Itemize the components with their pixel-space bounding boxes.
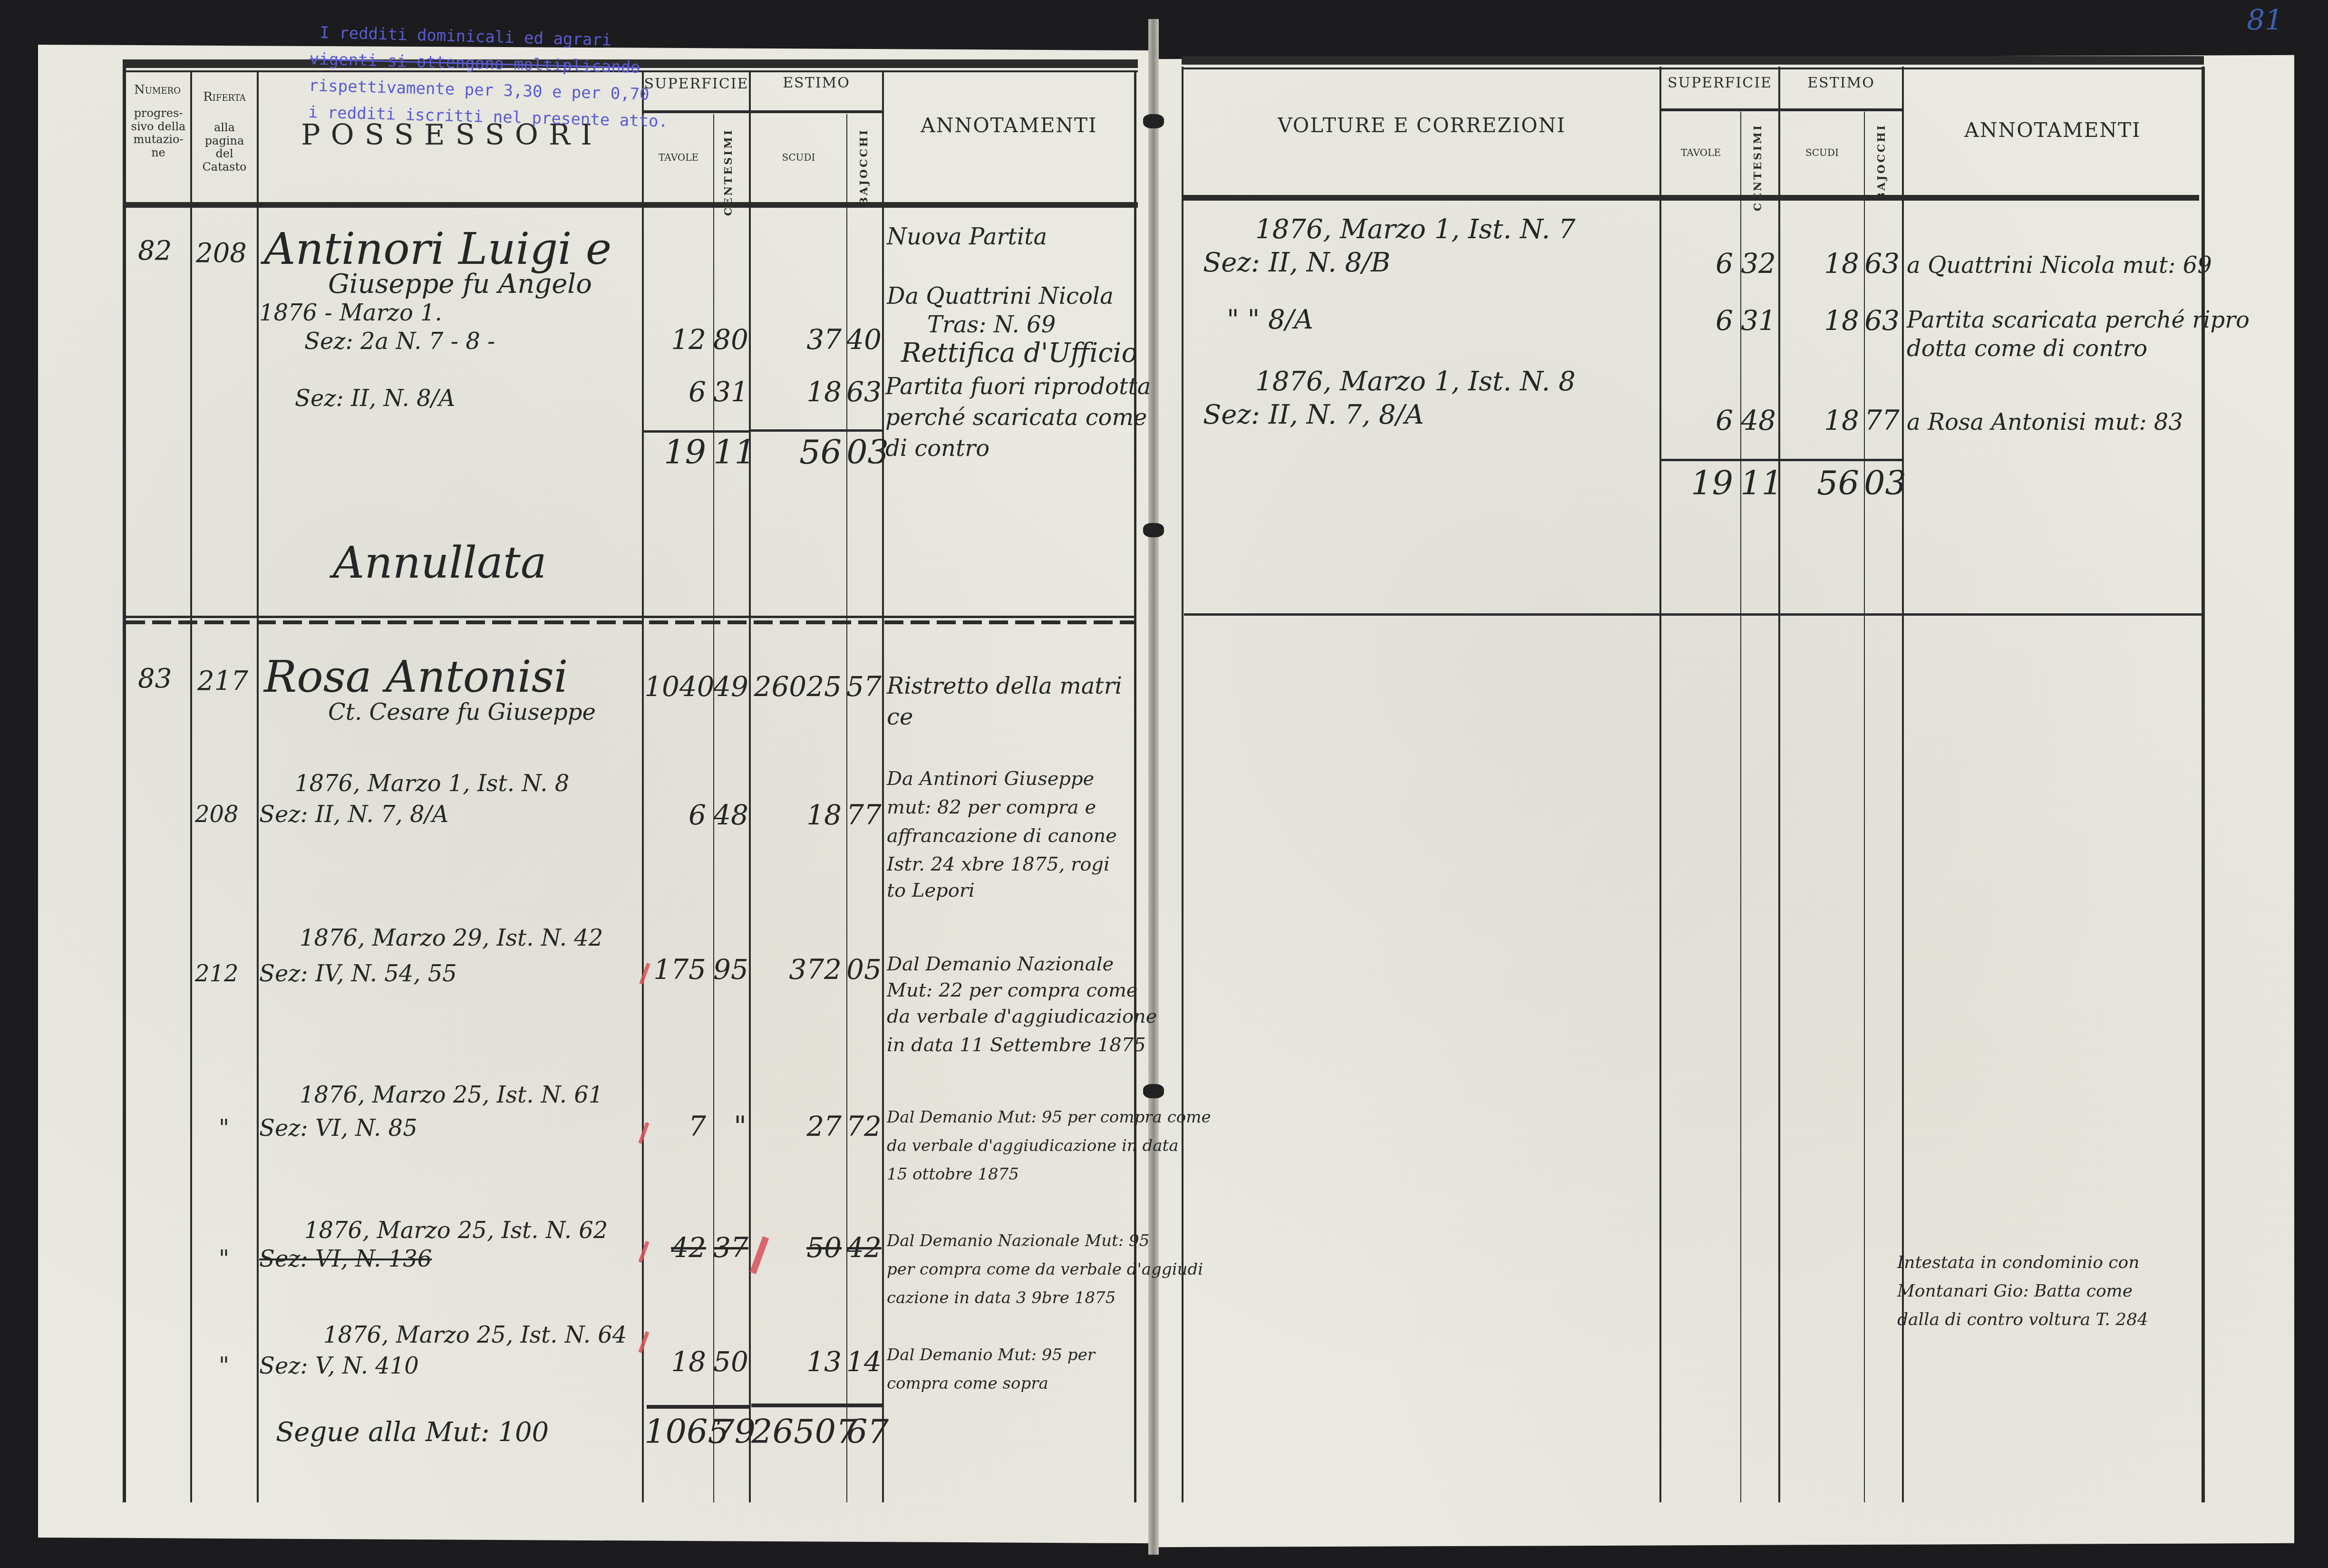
col-border xyxy=(1134,71,1136,1502)
possessore-name: Antinori Luigi e xyxy=(264,223,611,274)
header-tavole: TAVOLE xyxy=(1661,147,1740,158)
header-superficie: SUPERFICIE xyxy=(1661,75,1778,92)
possessore-line2: Giuseppe fu Angelo xyxy=(328,269,592,300)
centesimi-value: 37 xyxy=(713,1231,747,1264)
annotation-line: compra come sopra xyxy=(887,1374,1048,1393)
header-riferta: Riferta xyxy=(192,90,257,105)
header-volture: VOLTURE E CORREZIONI xyxy=(1184,114,1659,137)
header-bajocchi: BAJOCCHI xyxy=(858,128,870,206)
annotation-line: dalla di contro voltura T. 284 xyxy=(1897,1310,2148,1329)
col-border xyxy=(1182,67,1183,1502)
annotation-line: in data 11 Settembre 1875 xyxy=(887,1034,1146,1056)
scudi-value: 13 xyxy=(751,1345,842,1378)
subheader-rule xyxy=(642,110,882,113)
header-centesimi: CENTESIMI xyxy=(723,128,735,216)
binding-thread-icon xyxy=(1143,114,1164,128)
tavole-value: 12 xyxy=(647,323,706,356)
voltura-sez: Sez: II, N. 7, 8/A xyxy=(1203,399,1424,430)
annotation-line: da verbale d'aggiudicazione xyxy=(887,1006,1157,1027)
entry-line: 1876 - Marzo 1. xyxy=(259,300,442,326)
col-border xyxy=(123,62,126,1502)
scudi-value: 37 xyxy=(751,323,842,356)
tavole-value: 6 xyxy=(1664,304,1733,337)
annotation-line: Da Quattrini Nicola xyxy=(887,283,1114,310)
centesimi-value: 48 xyxy=(713,799,747,831)
scudi-value: 50 xyxy=(751,1231,842,1264)
scudi-value: 18 xyxy=(751,799,842,831)
item-ref: " xyxy=(219,1246,229,1272)
annotation-line: da verbale d'aggiudicazione in data xyxy=(887,1136,1179,1155)
item-date: 1876, Marzo 1, Ist. N. 8 xyxy=(295,770,569,797)
header-scudi: SCUDI xyxy=(1780,147,1864,158)
scudi-value: 18 xyxy=(1781,304,1859,337)
entry-line: Sez: 2a N. 7 - 8 - xyxy=(304,328,495,355)
annotation-line: Nuova Partita xyxy=(887,223,1047,250)
annotation-line: Partita fuori riprodotta xyxy=(885,373,1151,400)
annotation-line: Dal Demanio Nazionale Mut: 95 xyxy=(887,1231,1149,1250)
tavole-value: 7 xyxy=(647,1110,706,1142)
bajocchi-value: 40 xyxy=(846,323,880,356)
tavole-value: 175 xyxy=(647,953,706,986)
annotation-line: Istr. 24 xbre 1875, rogi xyxy=(887,853,1110,875)
annotation-line: Montanari Gio: Batta come xyxy=(1897,1281,2133,1301)
scudi-value: 26025 xyxy=(751,670,842,703)
voltura-date: 1876, Marzo 1, Ist. N. 8 xyxy=(1255,366,1575,397)
total-centesimi: 11 xyxy=(1740,464,1776,503)
annotation-line: di contro xyxy=(885,435,989,462)
centesimi-value: 95 xyxy=(713,953,747,986)
book-spine xyxy=(1148,19,1159,1555)
scudi-value: 27 xyxy=(751,1110,842,1142)
catasto-page: 217 xyxy=(197,666,248,697)
item-sez: Sez: VI, N. 85 xyxy=(259,1115,417,1142)
col-border xyxy=(1659,67,1661,1502)
total-bajocchi: 03 xyxy=(1864,464,1900,503)
bajocchi-value: 72 xyxy=(846,1110,880,1142)
entry-line: Sez: II, N. 8/A xyxy=(295,385,455,412)
centesimi-value: 32 xyxy=(1740,247,1776,280)
header-scudi: SCUDI xyxy=(751,152,846,163)
item-date: 1876, Marzo 25, Ist. N. 64 xyxy=(323,1322,627,1348)
bajocchi-value: 63 xyxy=(1864,304,1900,337)
catasto-page: 208 xyxy=(196,238,247,269)
possessore-line2: Ct. Cesare fu Giuseppe xyxy=(328,699,596,726)
total-scudi: 56 xyxy=(1781,464,1859,503)
header-riferta-sub: alla pagina del Catasto xyxy=(195,121,254,174)
col-border xyxy=(749,71,751,1502)
total-tavole: 19 xyxy=(647,433,706,472)
item-ref: 212 xyxy=(195,960,239,987)
header-numero-sub: progres- sivo della mutazio- ne xyxy=(127,107,189,159)
bajocchi-value: 77 xyxy=(1864,404,1900,436)
total-rule xyxy=(751,1403,882,1407)
centesimi-value: " xyxy=(713,1110,747,1142)
centesimi-value: 80 xyxy=(713,323,747,356)
bajocchi-value: 05 xyxy=(846,953,880,986)
annotation-line: Ristretto della matri xyxy=(887,673,1122,699)
tavole-value: 6 xyxy=(647,376,706,408)
entry-separator xyxy=(126,616,1134,618)
item-date: 1876, Marzo 25, Ist. N. 62 xyxy=(304,1217,608,1244)
tavole-value: 6 xyxy=(1664,404,1733,436)
total-bajocchi: 03 xyxy=(846,433,880,472)
binding-thread-icon xyxy=(1143,1084,1164,1098)
annotation-line: perché scaricata come xyxy=(885,404,1147,431)
item-sez: Sez: IV, N. 54, 55 xyxy=(259,960,457,987)
annotation-line: Mut: 22 per compra come xyxy=(887,979,1138,1001)
header-bottom-rule xyxy=(1182,195,2199,201)
centesimi-value: 50 xyxy=(713,1345,747,1378)
bajocchi-value: 42 xyxy=(846,1231,880,1264)
centesimi-value: 31 xyxy=(713,376,747,408)
item-ref: 208 xyxy=(195,801,239,828)
subtotal-rule xyxy=(1659,459,1902,461)
item-sez: Sez: II, N. 7, 8/A xyxy=(259,801,448,828)
annullata-mark: Annullata xyxy=(333,537,547,588)
total-centesimi: 11 xyxy=(713,433,747,472)
header-top-rule-thin xyxy=(1182,68,2204,69)
annotation-line: 15 ottobre 1875 xyxy=(887,1165,1019,1184)
annotation-line: Dal Demanio Mut: 95 per compra come xyxy=(887,1108,1211,1127)
scudi-value: 372 xyxy=(751,953,842,986)
header-annotamenti: ANNOTAMENTI xyxy=(884,114,1134,137)
bajocchi-value: 14 xyxy=(846,1345,880,1378)
header-numero: Numero xyxy=(125,83,190,97)
item-date: 1876, Marzo 25, Ist. N. 61 xyxy=(300,1082,603,1108)
purple-ink-stamp: I redditi dominicali ed agrari vigenti s… xyxy=(308,19,670,135)
item-ref: " xyxy=(219,1353,229,1379)
item-ref: " xyxy=(219,1115,229,1142)
total-rule xyxy=(647,1405,749,1409)
tavole-value: 18 xyxy=(647,1345,706,1378)
scudi-value: 18 xyxy=(751,376,842,408)
annotation-line: to Lepori xyxy=(887,880,975,901)
voltura-date: 1876, Marzo 1, Ist. N. 7 xyxy=(1255,214,1575,245)
page-number: 81 xyxy=(2247,4,2283,37)
centesimi-value: 49 xyxy=(713,670,747,703)
header-bottom-rule xyxy=(123,202,1138,208)
annotation-line: Partita scaricata perché ripro xyxy=(1907,307,2250,333)
bajocchi-value: 77 xyxy=(846,799,880,831)
header-annotamenti: ANNOTAMENTI xyxy=(1904,119,2202,142)
tavole-value: 6 xyxy=(647,799,706,831)
total-centesimi: 79 xyxy=(713,1412,747,1451)
bajocchi-value: 63 xyxy=(846,376,880,408)
annotation-line: Rettifica d'Ufficio xyxy=(901,338,1137,368)
annotation-line: a Rosa Antonisi mut: 83 xyxy=(1907,409,2183,436)
annotation-line: ce xyxy=(887,704,913,730)
header-tavole: TAVOLE xyxy=(644,152,713,163)
voltura-sez: " " 8/A xyxy=(1227,304,1313,335)
annotation-line: Tras: N. 69 xyxy=(927,311,1056,338)
item-sez: Sez: VI, N. 136 xyxy=(259,1246,432,1272)
centesimi-value: 31 xyxy=(1740,304,1776,337)
col-border xyxy=(1778,67,1780,1502)
voltura-sez: Sez: II, N. 8/B xyxy=(1203,247,1390,278)
header-top-rule xyxy=(1182,56,2204,65)
total-tavole: 19 xyxy=(1664,464,1733,503)
binding-thread-icon xyxy=(1143,523,1164,537)
annotation-line: affrancazione di canone xyxy=(887,825,1117,847)
col-border xyxy=(642,71,644,1502)
tavole-value: 6 xyxy=(1664,247,1733,280)
bajocchi-value: 63 xyxy=(1864,247,1900,280)
annotation-line: mut: 82 per compra e xyxy=(887,796,1096,818)
entry-separator xyxy=(1184,613,2202,616)
total-scudi: 26507 xyxy=(751,1412,842,1451)
continuation-note: Segue alla Mut: 100 xyxy=(276,1417,549,1448)
item-date: 1876, Marzo 29, Ist. N. 42 xyxy=(300,925,603,951)
col-border xyxy=(882,71,884,1502)
col-border xyxy=(190,71,192,1502)
header-estimo: ESTIMO xyxy=(1780,75,1902,92)
mutation-number: 82 xyxy=(138,235,172,266)
item-sez: Sez: V, N. 410 xyxy=(259,1353,419,1379)
total-bajocchi: 67 xyxy=(846,1412,880,1451)
annotation-line: Dal Demanio Mut: 95 per xyxy=(887,1345,1095,1365)
mutation-number: 83 xyxy=(138,663,172,694)
centesimi-value: 48 xyxy=(1740,404,1776,436)
annotation-line: Dal Demanio Nazionale xyxy=(887,953,1114,975)
annotation-line: Da Antinori Giuseppe xyxy=(887,768,1094,790)
header-centesimi: CENTESIMI xyxy=(1752,124,1764,211)
subtotal-rule xyxy=(749,429,882,432)
tavole-value: 1040 xyxy=(644,670,711,703)
annotation-line: Intestata in condominio con xyxy=(1897,1253,2139,1272)
annotation-line: dotta come di contro xyxy=(1907,335,2147,362)
bajocchi-value: 57 xyxy=(846,670,880,703)
col-border xyxy=(2202,67,2205,1502)
scudi-value: 18 xyxy=(1781,247,1859,280)
annotation-line: cazione in data 3 9bre 1875 xyxy=(887,1288,1115,1307)
total-scudi: 56 xyxy=(751,433,842,472)
tavole-value: 42 xyxy=(647,1231,706,1264)
total-tavole: 1065 xyxy=(644,1412,711,1451)
possessore-name: Rosa Antonisi xyxy=(264,651,568,702)
annotation-line: per compra come da verbale d'aggiudi xyxy=(887,1260,1203,1279)
entry-separator-dashed xyxy=(126,620,1134,624)
header-estimo: ESTIMO xyxy=(751,75,882,92)
subheader-rule xyxy=(1659,108,1902,111)
annotation-line: a Quattrini Nicola mut: 69 xyxy=(1907,252,2212,279)
col-border xyxy=(257,71,259,1502)
header-bajocchi: BAJOCCHI xyxy=(1876,124,1888,201)
scudi-value: 18 xyxy=(1781,404,1859,436)
